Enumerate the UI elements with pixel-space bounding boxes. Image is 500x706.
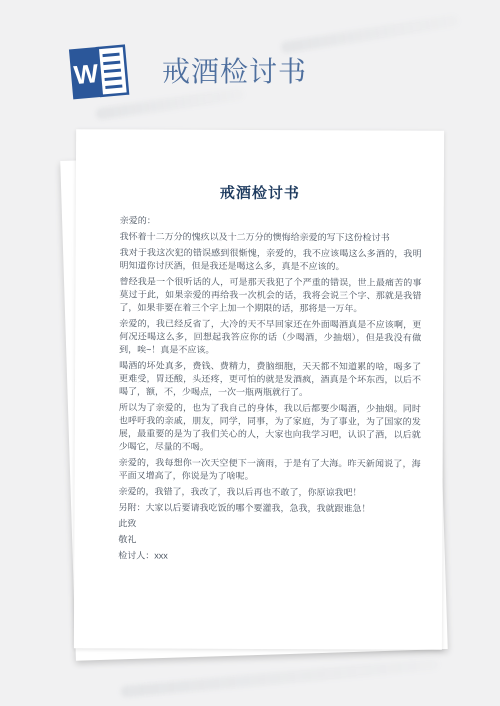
paragraph: 我对于我这次犯的错误感到很惭愧，亲爱的，我不应该喝这么多酒的，我明明知道你讨厌酒…	[120, 246, 422, 273]
paragraph: 亲爱的，我已经反省了，大冷的天不早回家还在外面喝酒真是不应该啊，更何况还喝这么多…	[119, 317, 421, 357]
word-icon-letter: W	[73, 58, 101, 90]
word-icon: W	[66, 39, 133, 104]
paragraph: 另附：大家以后要请我吃饭的哪个要灌我，急我，我就跟谁急！	[118, 501, 420, 515]
page-title[interactable]: 戒酒检讨书	[162, 58, 307, 86]
paragraph: 喝酒的坏处真多，费钱、费精力，费脑细胞，天天都不知道累的啥，喝多了更难受，胃还酸…	[119, 359, 421, 399]
paragraph: 曾经我是一个很听话的人，可是那天我犯了个严重的错误，世上最痛苦的事莫过于此，如果…	[119, 275, 421, 315]
closing-line: 此致	[118, 517, 420, 531]
paragraph: 亲爱的，我每想你一次天空便下一滴雨，于是有了大海。昨天新闻说了，海平面又增高了，…	[119, 456, 421, 483]
signature: 检讨人：xxx	[118, 549, 420, 563]
paragraph: 亲爱的，我错了，我改了，我以后再也不敢了，你原谅我吧！	[119, 485, 421, 499]
word-icon-block: W	[69, 47, 103, 99]
paragraph: 所以为了亲爱的，也为了我自己的身体，我以后都要少喝酒，少抽烟。同时也呼吁我的亲戚…	[119, 401, 421, 454]
watermark	[280, 14, 460, 54]
paper-sheet-front: 戒酒检讨书 亲爱的： 我怀着十二万分的愧疚以及十二万分的懊悔给亲爱的写下这份检讨…	[74, 129, 444, 650]
document-body: 亲爱的： 我怀着十二万分的愧疚以及十二万分的懊悔给亲爱的写下这份检讨书 我对于我…	[74, 214, 444, 564]
paragraph: 我怀着十二万分的愧疚以及十二万分的懊悔给亲爱的写下这份检讨书	[120, 230, 422, 244]
watermark	[120, 658, 440, 698]
paragraph: 亲爱的：	[120, 214, 422, 228]
header: W 戒酒检讨书	[68, 42, 307, 102]
closing-line: 敬礼	[118, 533, 420, 547]
closing-block: 此致 敬礼 检讨人：xxx	[118, 517, 420, 563]
page-background: { "header": { "title": "戒酒检讨书", "logo_le…	[0, 0, 500, 706]
document-title: 戒酒检讨书	[76, 181, 444, 204]
